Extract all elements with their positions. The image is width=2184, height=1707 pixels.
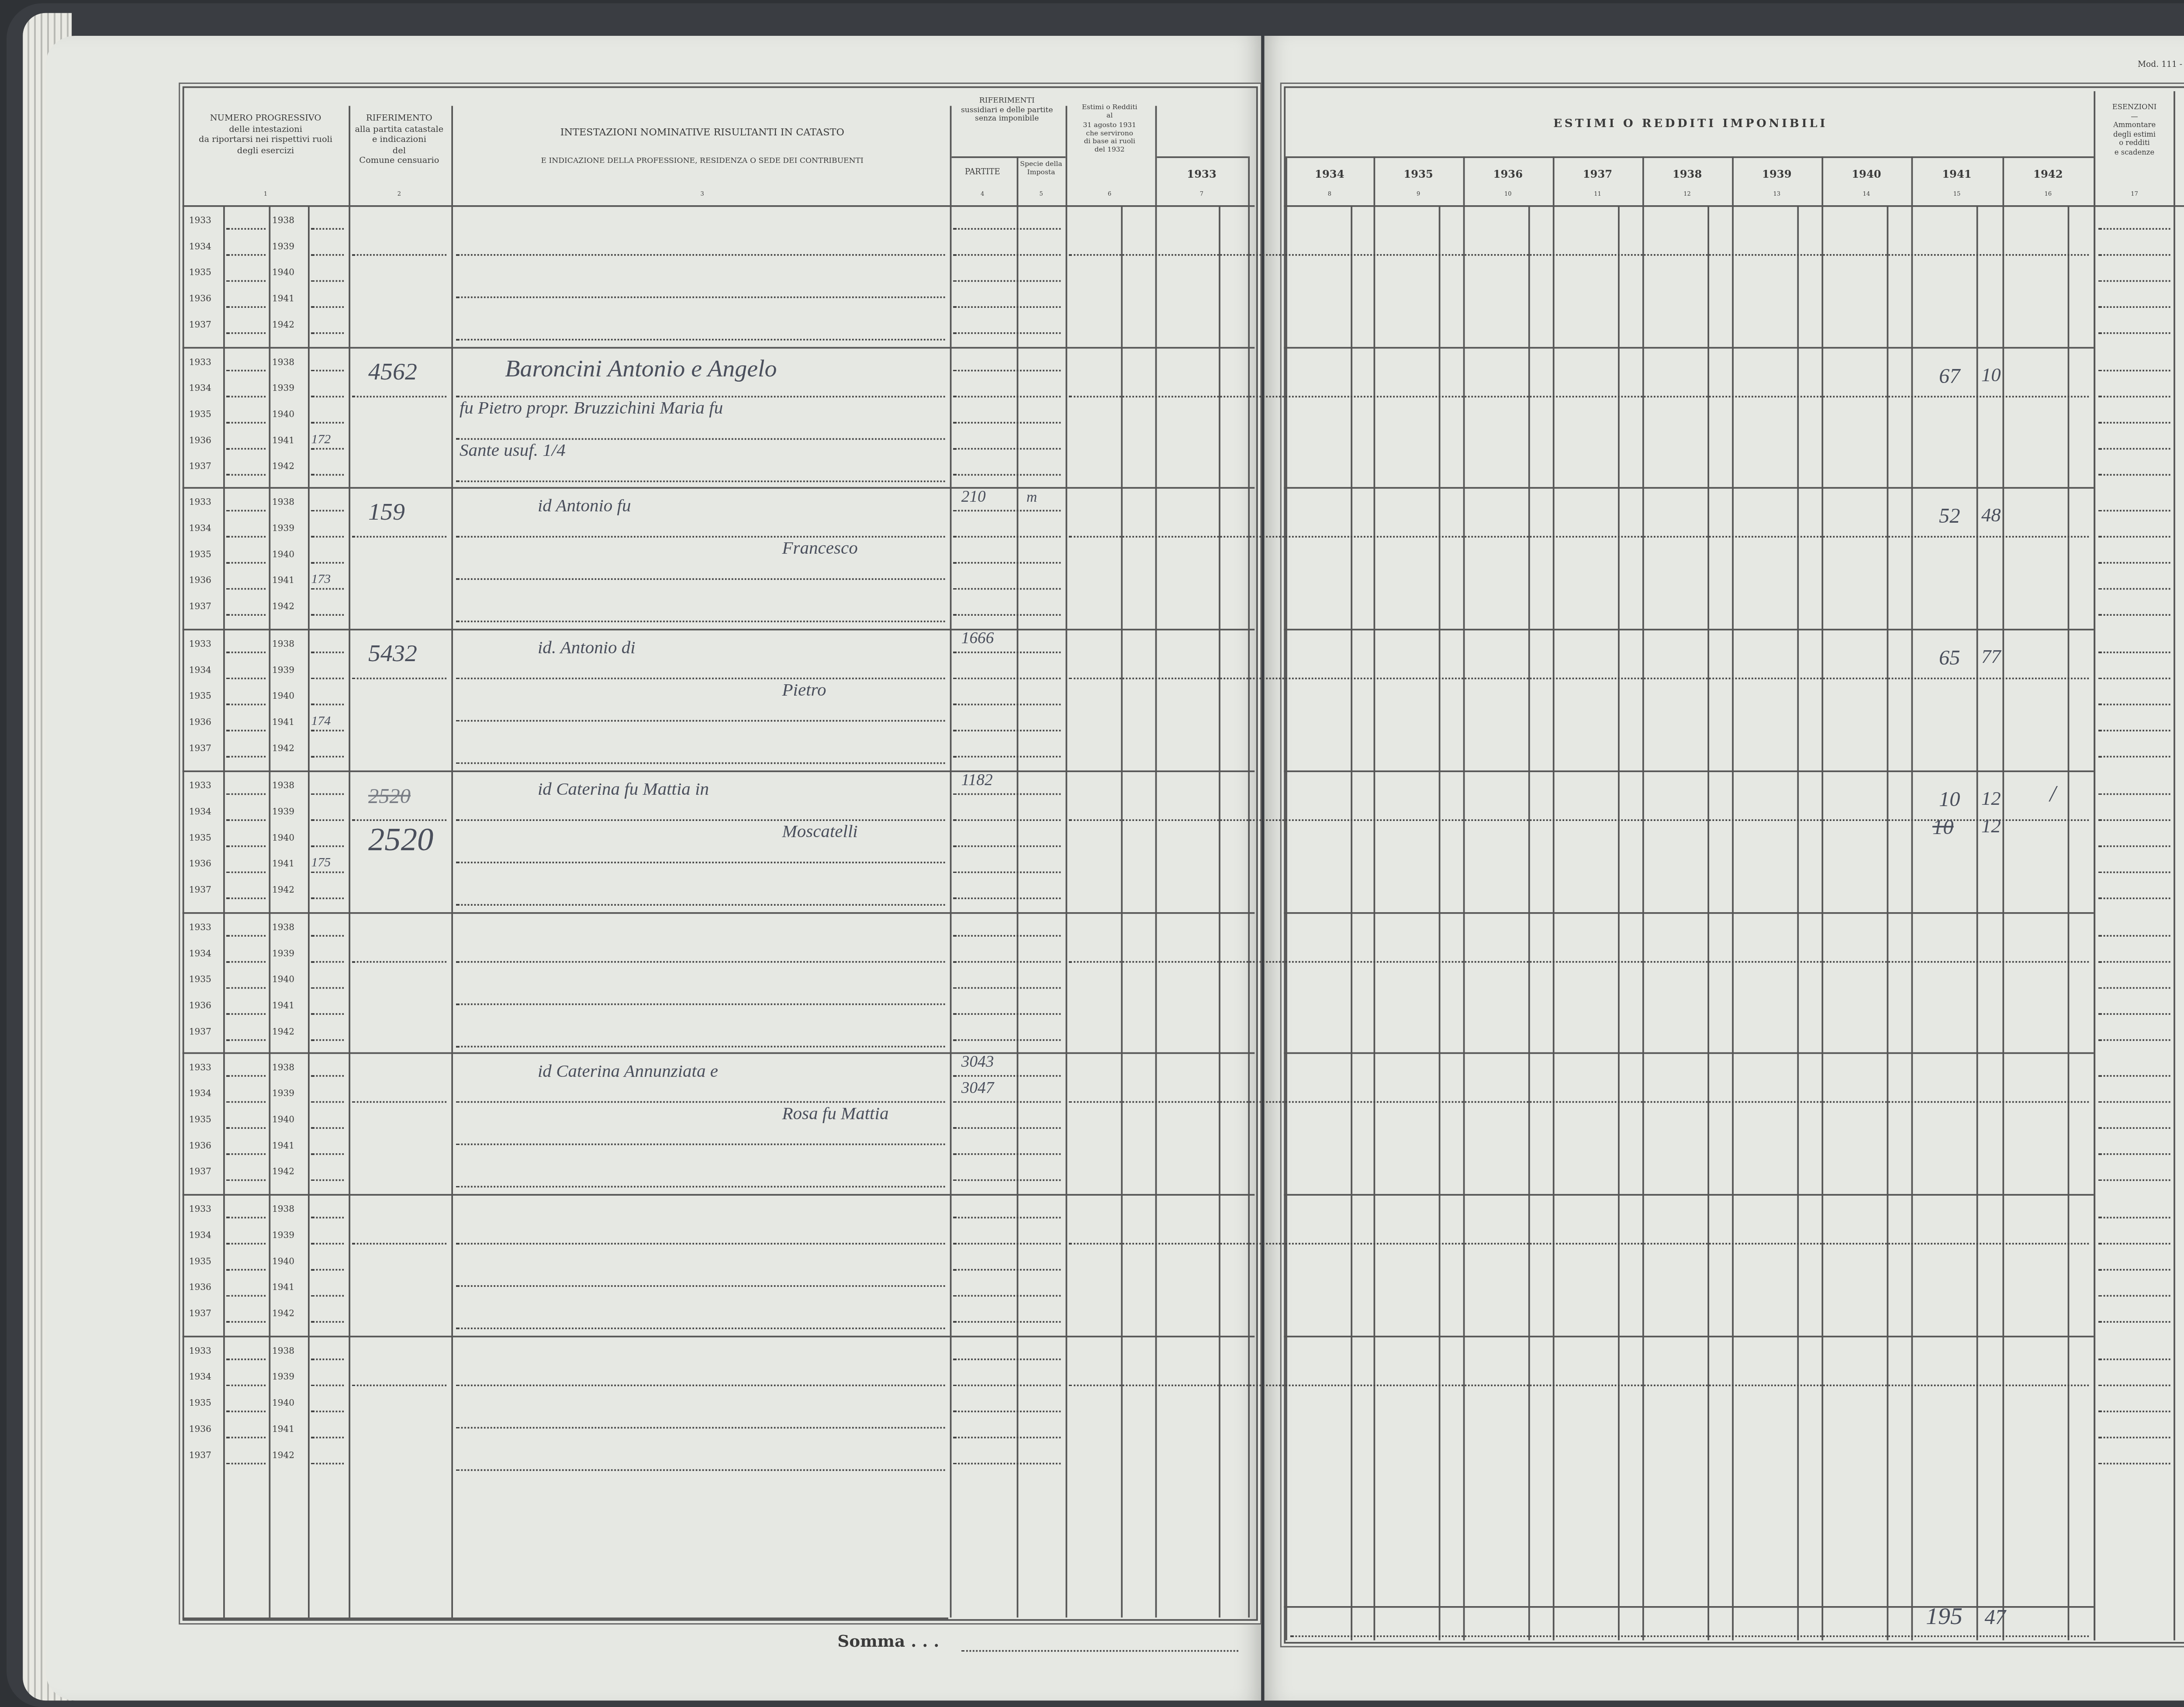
rule-line (183, 1335, 1254, 1337)
header-title: Estimi o Redditi (1066, 103, 1154, 111)
rule-line (2098, 369, 2170, 371)
year-label: 1940 (272, 410, 294, 420)
header-subtitle: E INDICAZIONE DELLA PROFESSIONE, RESIDEN… (453, 158, 951, 167)
rule-line (456, 1101, 945, 1103)
column-number: 10 (1463, 190, 1553, 197)
year-label: 1936 (189, 436, 211, 446)
riferimento-struck: 2520 (368, 783, 411, 809)
rule-line (2098, 1243, 2170, 1245)
partita-number: 1666 (961, 631, 994, 648)
rule-line (953, 332, 1061, 334)
header-title: RIFERIMENTO (349, 114, 449, 124)
year-label: 1939 (272, 949, 294, 959)
riferimento-partita: 2520 (368, 822, 433, 860)
rule-line (456, 904, 945, 906)
year-label: 1934 (189, 949, 211, 959)
rule-line (2098, 332, 2170, 334)
column-number: 4 (950, 190, 1015, 197)
year-label: 1938 (272, 217, 294, 226)
header-year: 1935 (1374, 168, 1463, 181)
year-label: 1936 (189, 1142, 211, 1152)
rule-line (226, 1384, 266, 1386)
year-label: 1933 (189, 1064, 211, 1074)
year-label: 1934 (189, 1090, 211, 1100)
partita-number: 1182 (961, 772, 993, 790)
rule-line (456, 678, 945, 679)
year-label: 1939 (272, 1231, 294, 1241)
rule-line (311, 510, 344, 512)
rule-line (1069, 1384, 2089, 1386)
rule-line (953, 395, 1061, 397)
rule-line (1157, 156, 1248, 158)
rule-line (1284, 1194, 2094, 1196)
rule-line (311, 730, 344, 731)
rule-line (183, 911, 1254, 913)
rule-line (953, 986, 1061, 988)
rule-line (352, 254, 446, 256)
rule-line (226, 1462, 266, 1464)
year-label: 1941 (272, 436, 294, 446)
rule-line (226, 254, 266, 256)
year-label: 1936 (189, 1424, 211, 1434)
rule-line (1732, 156, 1734, 1640)
rule-line (2098, 845, 2170, 847)
rule-line (311, 1217, 344, 1218)
year-label: 1940 (272, 1257, 294, 1267)
rule-line (226, 1101, 266, 1103)
rule-line (2098, 934, 2170, 936)
rule-line (2098, 562, 2170, 564)
year-label: 1938 (272, 640, 294, 650)
year-label: 1933 (189, 499, 211, 509)
rule-line (456, 720, 945, 722)
progressivo-number: 174 (311, 714, 331, 728)
year-label: 1941 (272, 718, 294, 728)
rule-line (456, 1003, 945, 1004)
year-label: 1937 (189, 462, 211, 472)
header-title: ESENZIONI (2095, 104, 2174, 114)
rule-line (2098, 228, 2170, 230)
rule-line (951, 156, 1065, 158)
rule-line (953, 1358, 1061, 1359)
rule-line (311, 704, 344, 706)
sum-label: Somma . . . (837, 1634, 939, 1652)
year-label: 1938 (272, 1346, 294, 1356)
header-dash: — (2095, 113, 2174, 122)
column-number: 13 (1732, 190, 1821, 197)
rule-line (226, 934, 266, 936)
rule-line (311, 448, 344, 449)
rule-line (226, 1128, 266, 1129)
rule-line (1287, 156, 2094, 158)
rule-line (2098, 652, 2170, 653)
rule-line (456, 1186, 945, 1188)
column-number: 11 (1553, 190, 1642, 197)
year-label: 1940 (272, 834, 294, 843)
rule-line (226, 1154, 266, 1155)
rule-line (311, 1076, 344, 1077)
year-label: 1937 (189, 886, 211, 895)
rule-line (226, 562, 266, 564)
year-label: 1935 (189, 269, 211, 278)
rule-line (311, 793, 344, 795)
rule-line (1284, 1052, 2094, 1054)
header-line: delle intestazioni (184, 124, 347, 135)
rule-line (953, 1243, 1061, 1245)
rule-line (183, 1052, 1254, 1054)
rule-line (953, 537, 1061, 538)
column-number: 8 (1286, 190, 1373, 197)
rule-line (1069, 1243, 2089, 1245)
rule-line (456, 579, 945, 581)
rule-line (456, 1144, 945, 1145)
column-number: 14 (1821, 190, 1911, 197)
rule-line (226, 897, 266, 899)
rule-line (2098, 1384, 2170, 1386)
rule-line (953, 845, 1061, 847)
header-year: 1934 (1286, 168, 1373, 181)
riferimento-partita: 5432 (368, 642, 417, 669)
rule-line (1284, 346, 2094, 348)
column-number: 12 (1642, 190, 1732, 197)
rule-line (953, 1462, 1061, 1464)
rule-line (2098, 793, 2170, 795)
rule-line (1069, 960, 2089, 962)
year-label: 1939 (272, 807, 294, 817)
rule-line (311, 845, 344, 847)
intestazione-line: id Caterina Annunziata e (538, 1062, 718, 1082)
form-model-label: Mod. 111 - Imposte Dirette (Intercalare)… (2138, 60, 2184, 70)
rule-line (953, 421, 1061, 423)
rule-line (2098, 1358, 2170, 1359)
header-title: RIFERIMENTI (950, 98, 1064, 107)
rule-line (953, 589, 1061, 590)
rule-line (953, 280, 1061, 282)
rule-line (311, 1179, 344, 1181)
rule-line (953, 934, 1061, 936)
rule-line (226, 369, 266, 371)
rule-line (2098, 1076, 2170, 1077)
rule-line (2098, 986, 2170, 988)
header-line: o redditi (2095, 140, 2174, 149)
rule-line (1553, 156, 1555, 1640)
header-year: 1941 (1911, 168, 2003, 181)
rule-line (1069, 537, 2089, 538)
rule-line (226, 1179, 266, 1181)
year-label: 1942 (272, 1310, 294, 1319)
rule-line (456, 480, 945, 482)
rule-line (226, 704, 266, 706)
rule-line (2098, 1295, 2170, 1297)
rule-line (1707, 205, 1709, 1640)
estimo-1941-cent: 48 (1981, 504, 2001, 528)
year-label: 1934 (189, 384, 211, 393)
year-label: 1941 (272, 577, 294, 587)
rule-line (1066, 106, 1068, 1617)
rule-line (311, 306, 344, 308)
header-year: 1938 (1642, 168, 1732, 181)
rule-line (2098, 704, 2170, 706)
year-label: 1940 (272, 1399, 294, 1408)
rule-line (311, 369, 344, 371)
rule-line (2098, 537, 2170, 538)
rule-line (953, 652, 1061, 653)
rule-line (311, 1436, 344, 1438)
column-number: 17 (2095, 190, 2174, 197)
rule-line (2098, 756, 2170, 758)
rule-line (352, 395, 446, 397)
rule-line (352, 1384, 446, 1386)
intestazione-line: Pietro (782, 681, 826, 701)
year-label: 1941 (272, 1424, 294, 1434)
rule-line (2098, 1217, 2170, 1218)
sum-1941-lire: 195 (1926, 1604, 1963, 1632)
rule-line (311, 986, 344, 988)
header-line: 31 agosto 1931 (1066, 120, 1154, 128)
year-label: 1935 (189, 1116, 211, 1126)
rule-line (1284, 911, 2094, 913)
rule-line (311, 897, 344, 899)
rule-line (226, 793, 266, 795)
header-year: 1940 (1821, 168, 1911, 181)
rule-line (1463, 156, 1465, 1640)
year-label: 1936 (189, 1001, 211, 1010)
column-number: 5 (1018, 190, 1064, 197)
rule-line (961, 1650, 1238, 1652)
header-line: da riportarsi nei rispettivi ruoli (184, 135, 347, 146)
year-label: 1937 (189, 1451, 211, 1460)
rule-line (1618, 205, 1620, 1640)
year-label: 1942 (272, 1451, 294, 1460)
rule-line (226, 448, 266, 449)
year-label: 1933 (189, 640, 211, 650)
rule-line (456, 1285, 945, 1287)
year-label: 1933 (189, 358, 211, 367)
rule-line (226, 421, 266, 423)
rule-line (226, 756, 266, 758)
rule-line (311, 934, 344, 936)
rule-line (1069, 395, 2089, 397)
column-number: 15 (1911, 190, 2003, 197)
year-label: 1936 (189, 860, 211, 869)
rule-line (311, 819, 344, 821)
header-year: 1937 (1553, 168, 1642, 181)
rule-line (311, 537, 344, 538)
intestazione-line: Sante usuf. 1/4 (460, 441, 566, 461)
rule-line (953, 730, 1061, 731)
rule-line (2098, 897, 2170, 899)
column-number: 16 (2002, 190, 2094, 197)
riferimento-partita: 159 (368, 501, 405, 528)
header-specie-imposta: Specie della Imposta (1018, 160, 1064, 177)
year-label: 1936 (189, 295, 211, 304)
rule-line (183, 346, 1254, 348)
rule-line (2098, 960, 2170, 962)
rule-line (2098, 1012, 2170, 1014)
rule-line (953, 960, 1061, 962)
rule-line (953, 1436, 1061, 1438)
rule-line (953, 306, 1061, 308)
year-label: 1934 (189, 666, 211, 676)
rule-line (226, 819, 266, 821)
rule-line (1887, 205, 1889, 1640)
rule-line (456, 339, 945, 341)
year-label: 1941 (272, 1283, 294, 1293)
rule-line (953, 1101, 1061, 1103)
rule-line (953, 678, 1061, 679)
rule-line (950, 106, 952, 1617)
riferimento-partita: 4562 (368, 359, 417, 387)
rule-line (953, 1076, 1061, 1077)
rule-line (2098, 615, 2170, 617)
rule-line (953, 1128, 1061, 1129)
rule-line (2098, 730, 2170, 731)
year-label: 1933 (189, 782, 211, 791)
rule-line (953, 756, 1061, 758)
rule-line (352, 537, 446, 538)
rule-line (953, 1384, 1061, 1386)
rule-line (456, 438, 945, 439)
rule-line (226, 1269, 266, 1270)
year-label: 1934 (189, 1231, 211, 1241)
rule-line (311, 228, 344, 230)
rule-line (2098, 589, 2170, 590)
rule-line (1642, 156, 1644, 1640)
intestazione-line: Rosa fu Mattia (782, 1105, 888, 1124)
rule-line (1155, 106, 1157, 1617)
rule-line (311, 678, 344, 679)
rule-line (226, 395, 266, 397)
rule-line (311, 473, 344, 475)
column-number: 18 (2175, 190, 2184, 197)
year-label: 1940 (272, 1116, 294, 1126)
rule-line (1284, 1606, 2094, 1608)
rule-line (2098, 1128, 2170, 1129)
year-label: 1933 (189, 923, 211, 932)
rule-line (1286, 156, 1287, 1640)
rule-line (2098, 1462, 2170, 1464)
rule-line (311, 1462, 344, 1464)
specie-imposta: m (1026, 490, 1037, 506)
rule-line (2098, 678, 2170, 679)
rule-line (2174, 91, 2175, 1640)
rule-line (226, 845, 266, 847)
rule-line (456, 1469, 945, 1470)
rule-line (953, 1217, 1061, 1218)
rule-line (2098, 1038, 2170, 1040)
rule-line (456, 1243, 945, 1245)
ledger-photo: Mod. 111 - Imposte Dirette (Intercalare)… (0, 0, 2184, 1707)
year-label: 1935 (189, 1257, 211, 1267)
year-label: 1938 (272, 358, 294, 367)
intestazione-line: id. Antonio di (538, 639, 636, 659)
year-label: 1937 (189, 1168, 211, 1178)
rule-line (311, 1384, 344, 1386)
header-esenzioni: ESENZIONI — Ammontare degli estimi o red… (2095, 104, 2174, 158)
rule-line (226, 730, 266, 731)
rule-line (2098, 448, 2170, 449)
rule-line (352, 960, 446, 962)
year-label: 1933 (189, 1205, 211, 1215)
rule-line (2098, 421, 2170, 423)
year-label: 1940 (272, 269, 294, 278)
year-label: 1938 (272, 499, 294, 509)
intestazione-line: id Caterina fu Mattia in (538, 780, 709, 800)
year-label: 1941 (272, 295, 294, 304)
column-number: 3 (453, 190, 951, 197)
year-label: 1935 (189, 410, 211, 420)
right-register-table (1284, 86, 2184, 1644)
header-line: senza imponibile (950, 117, 1064, 126)
estimo-1941-struck-lire: 10 (1932, 814, 1953, 840)
rule-line (2094, 91, 2095, 1640)
year-label: 1942 (272, 1027, 294, 1037)
rule-line (953, 228, 1061, 230)
sum-1941-cent: 47 (1984, 1604, 2005, 1631)
header-title: NUMERO PROGRESSIVO (184, 114, 347, 124)
rule-line (226, 1243, 266, 1245)
rule-line (311, 1128, 344, 1129)
year-label: 1941 (272, 1001, 294, 1010)
rule-line (183, 1194, 1254, 1196)
left-register-table (183, 86, 1258, 1621)
progressivo-number: 172 (311, 431, 331, 446)
year-label: 1938 (272, 1205, 294, 1215)
partita-number: 3043 (961, 1054, 994, 1072)
rule-line (2098, 1154, 2170, 1155)
rule-line (1284, 629, 2094, 631)
header-line: e scadenze (2095, 149, 2174, 158)
estimo-1941-lire: 52 (1939, 504, 1960, 530)
rule-line (456, 960, 945, 962)
rule-line (311, 1101, 344, 1103)
rule-line (2098, 510, 2170, 512)
header-riferimento: RIFERIMENTO alla partita catastale e ind… (349, 114, 449, 167)
rule-line (1528, 205, 1530, 1640)
rule-line (456, 762, 945, 764)
rule-line (226, 678, 266, 679)
rule-line (2002, 156, 2004, 1640)
rule-line (183, 488, 1254, 490)
header-estimi-1931: Estimi o Redditi al 31 agosto 1931 che s… (1066, 103, 1154, 154)
header-annotazioni: ANNOTAZIONI (2175, 137, 2184, 149)
header-estimi-imponibili: ESTIMI O REDDITI IMPONIBILI (1287, 117, 2094, 132)
rule-line (2098, 1101, 2170, 1103)
rule-line (183, 770, 1254, 772)
rule-line (2098, 473, 2170, 475)
year-label: 1940 (272, 693, 294, 702)
header-line: degli esercizi (184, 146, 347, 156)
rule-line (1284, 1335, 2094, 1337)
rule-line (953, 562, 1061, 564)
header-line: e indicazioni (349, 135, 449, 146)
rule-line (311, 1243, 344, 1245)
rule-line (1017, 156, 1019, 1617)
year-label: 1937 (189, 603, 211, 613)
year-label: 1942 (272, 745, 294, 754)
header-intestazioni: INTESTAZIONI NOMINATIVE RISULTANTI IN CA… (453, 127, 951, 139)
rule-line (226, 1295, 266, 1297)
year-label: 1936 (189, 577, 211, 587)
rule-line (311, 1012, 344, 1014)
rule-line (226, 537, 266, 538)
rule-line (311, 756, 344, 758)
estimo-1941-struck-cent: 12 (1981, 814, 2001, 838)
year-label: 1942 (272, 1168, 294, 1178)
rule-line (352, 678, 446, 679)
year-label: 1939 (272, 666, 294, 676)
header-intestazioni-subtitle: E INDICAZIONE DELLA PROFESSIONE, RESIDEN… (453, 158, 951, 167)
